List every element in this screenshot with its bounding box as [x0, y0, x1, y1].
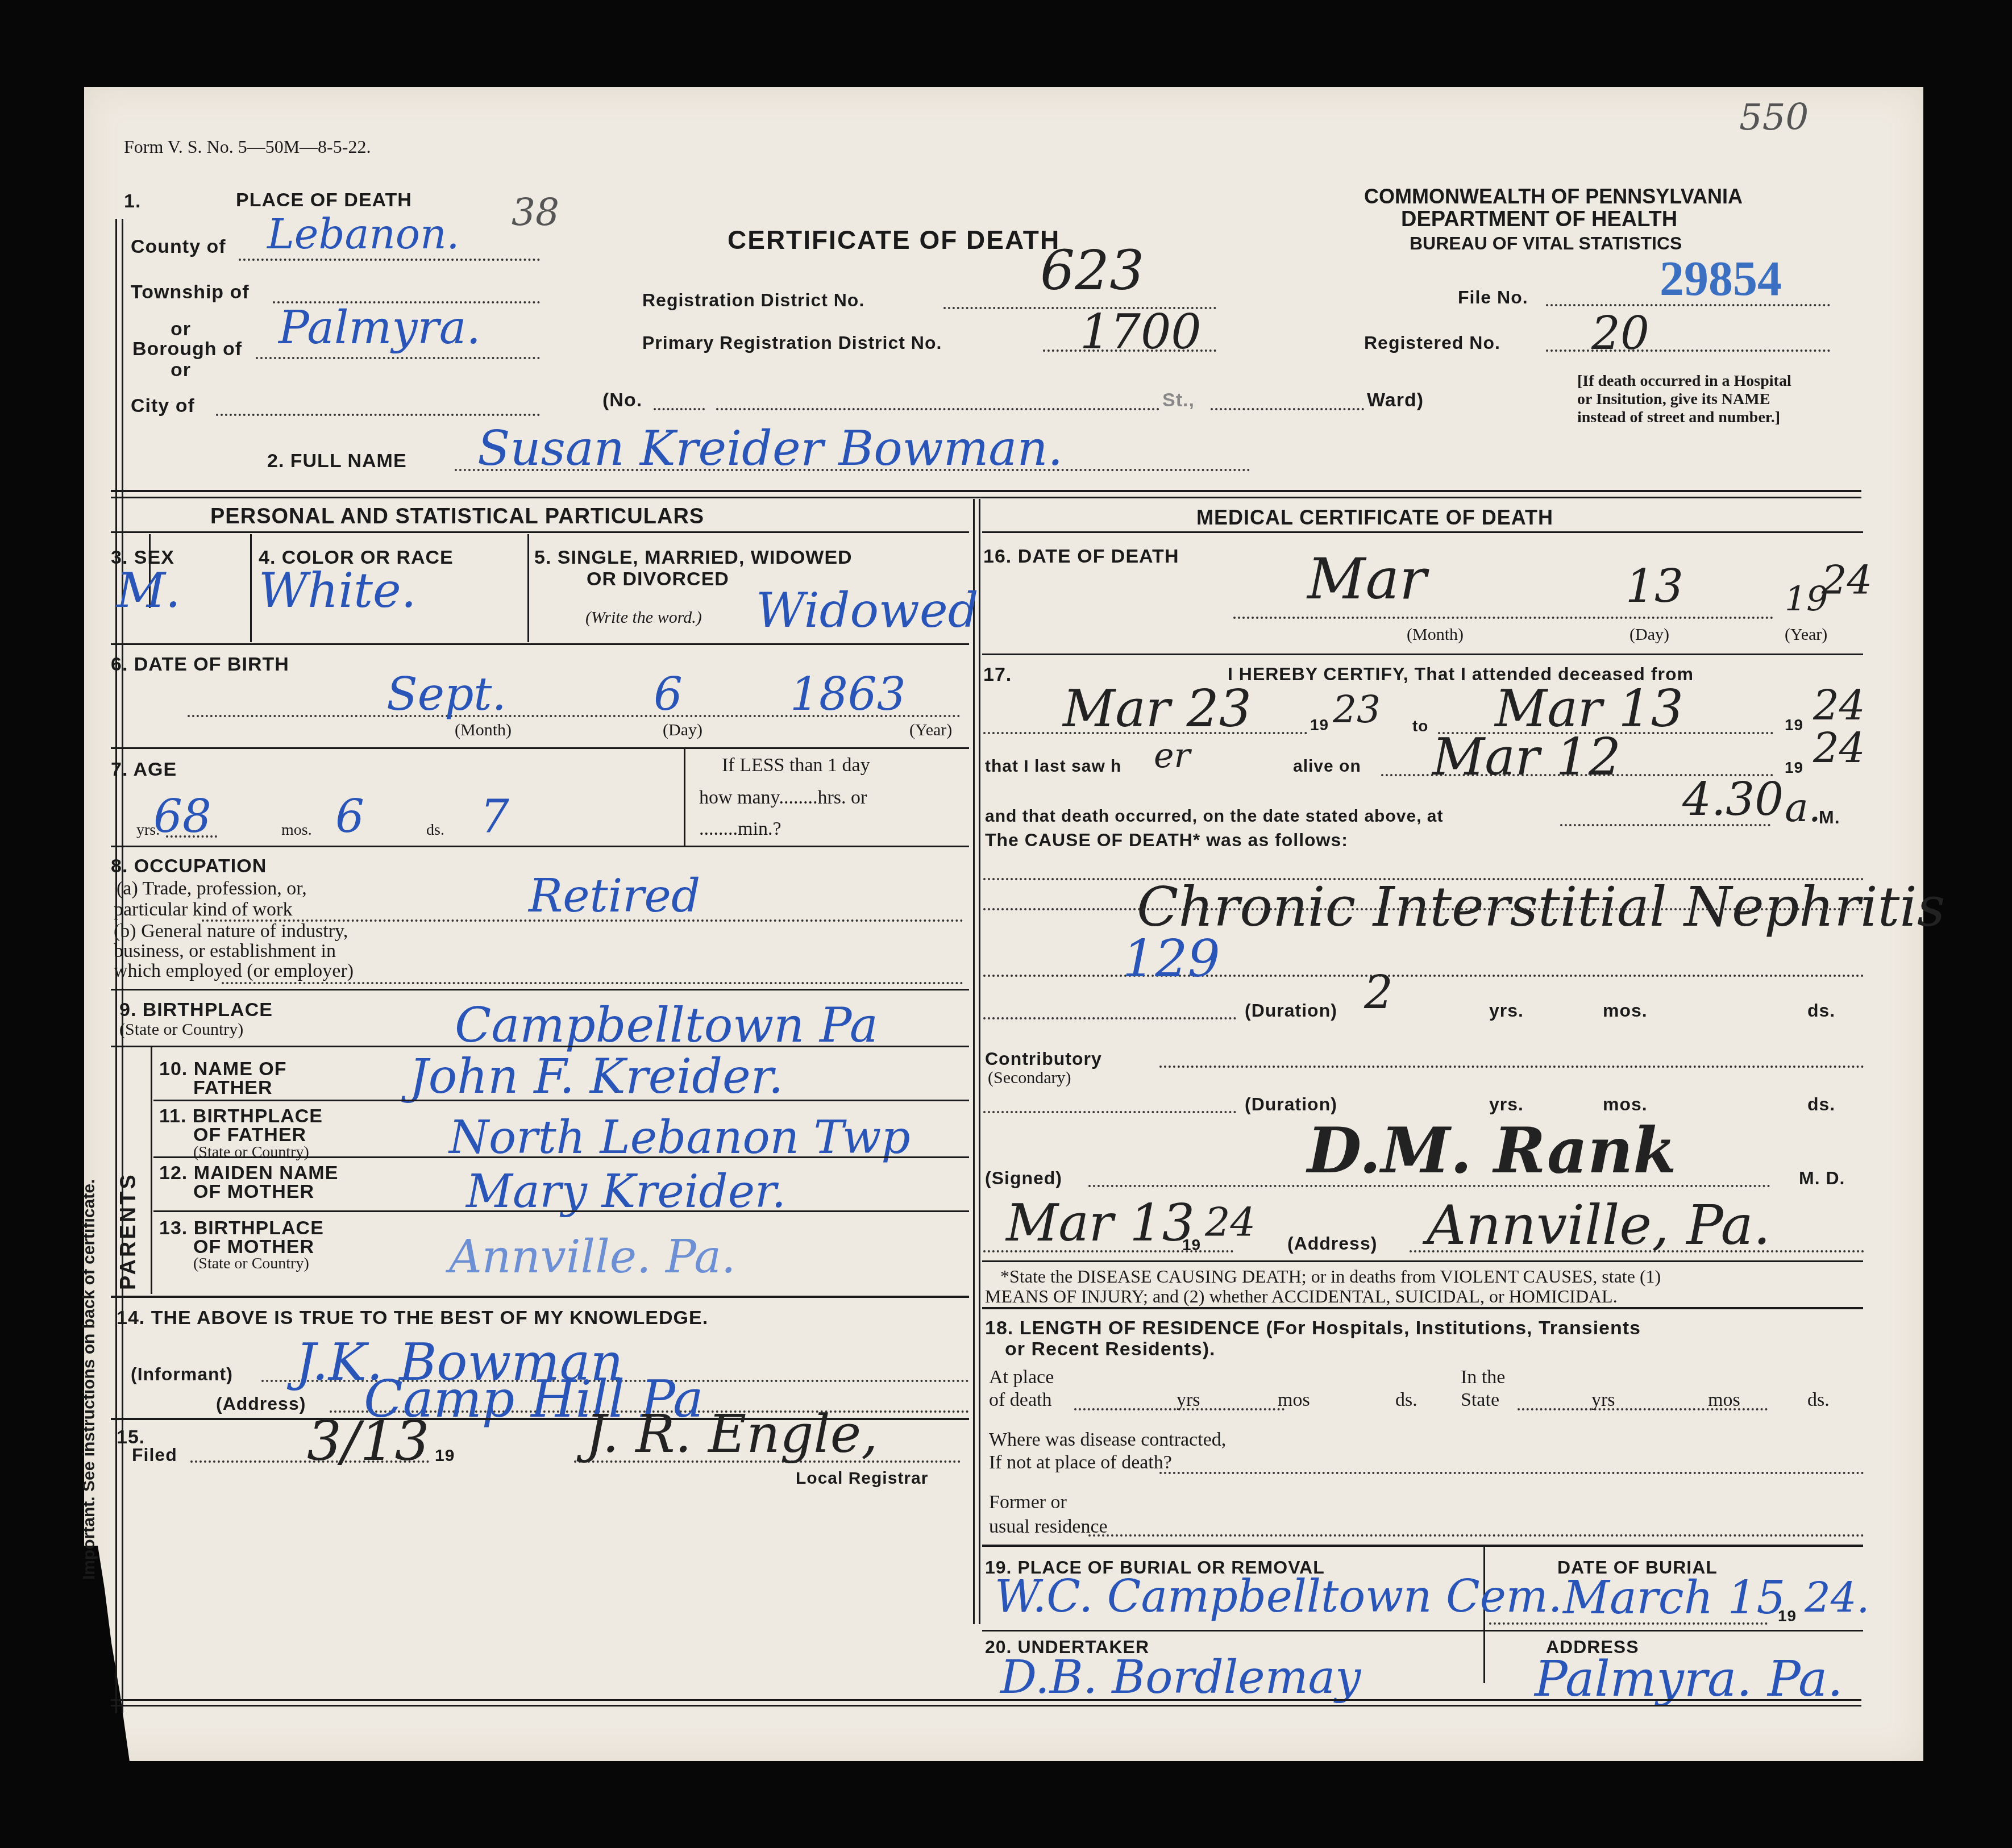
last-saw-prefix: 19 — [1785, 759, 1803, 777]
residence-label-2: or Recent Residents). — [1005, 1338, 1216, 1360]
section-1-number: 1. — [124, 190, 141, 213]
duration-mos-label: mos. — [1603, 1000, 1648, 1021]
undertaker-field[interactable]: D.B. Bordlemay — [1000, 1651, 1361, 1704]
ward-line — [1211, 408, 1364, 410]
informant-address-label: (Address) — [216, 1393, 306, 1414]
burial-year-field[interactable]: 24. — [1805, 1574, 1870, 1622]
contributory-ds-label: ds. — [1807, 1094, 1835, 1115]
md-label: M. D. — [1799, 1168, 1845, 1189]
age-days-field[interactable]: 7 — [480, 790, 509, 843]
township-label: Township of — [131, 281, 250, 303]
registered-no-label: Registered No. — [1364, 332, 1500, 353]
signed-year-prefix: 19 — [1182, 1236, 1201, 1254]
in-state-mos: mos — [1708, 1389, 1740, 1411]
birthplace-sub: (State or Country) — [119, 1020, 243, 1039]
row-rule-7 — [111, 989, 969, 990]
less-than-day-2: how many........hrs. or — [699, 787, 867, 809]
column-divider-b — [979, 499, 980, 1624]
contributory-label: Contributory — [985, 1048, 1102, 1069]
borough-field[interactable]: Palmyra. — [278, 301, 481, 354]
dod-year-field[interactable]: 24 — [1822, 557, 1872, 603]
birthplace-field[interactable]: Campbelltown Pa — [455, 997, 878, 1053]
issuer-line-3: BUREAU OF VITAL STATISTICS — [1410, 233, 1682, 254]
row-rule-11 — [153, 1210, 969, 1212]
dod-day-caption: (Day) — [1629, 625, 1669, 644]
physician-address-field[interactable]: Annville, Pa. — [1427, 1193, 1770, 1257]
street-label: St., — [1162, 389, 1195, 411]
contributory-line — [1159, 1065, 1864, 1068]
column-divider-a — [973, 499, 975, 1624]
or-label-2: or — [171, 359, 191, 381]
dob-month-caption: (Month) — [455, 721, 512, 740]
alive-on-label: alive on — [1293, 757, 1361, 776]
time-suffix: M. — [1819, 807, 1840, 828]
sex-field[interactable]: M. — [117, 563, 181, 618]
time-label: and that death occurred, on the date sta… — [985, 807, 1443, 826]
cause-code: 129 — [1123, 929, 1220, 989]
medical-heading-rule — [982, 531, 1863, 533]
registered-no-field[interactable]: 20 — [1591, 307, 1649, 360]
primary-district-label: Primary Registration District No. — [642, 332, 942, 353]
place-of-death-heading: PLACE OF DEATH — [236, 189, 412, 211]
dod-label: 16. DATE OF DEATH — [983, 546, 1179, 568]
signed-date-field[interactable]: Mar 13 — [1006, 1193, 1195, 1253]
informant-label: (Informant) — [131, 1364, 233, 1385]
issuer-line-2: DEPARTMENT OF HEALTH — [1401, 207, 1677, 232]
parents-label: PARENTS — [117, 1172, 141, 1290]
birthplace-label: 9. BIRTHPLACE — [119, 999, 273, 1021]
county-field[interactable]: Lebanon. — [267, 210, 459, 258]
last-saw-pronoun[interactable]: er — [1154, 736, 1190, 776]
duration-line-start — [983, 1017, 1236, 1019]
primary-district-field[interactable]: 1700 — [1080, 304, 1202, 360]
occupation-a-2: particular kind of work — [114, 899, 292, 921]
row-rule-5 — [111, 846, 969, 847]
contributory-yrs-label: yrs. — [1489, 1094, 1524, 1115]
occupation-b-1: (b) General nature of industry, — [114, 921, 348, 942]
borough-label: Borough of — [132, 338, 242, 360]
at-place-1: At place — [989, 1367, 1054, 1388]
duration-label: (Duration) — [1245, 1000, 1337, 1021]
cause-label: The CAUSE OF DEATH* was as follows: — [985, 830, 1348, 851]
age-less-divider — [684, 749, 685, 846]
header-divider-2 — [111, 497, 1861, 498]
occupation-field[interactable]: Retired — [529, 869, 700, 922]
city-field-line — [216, 414, 540, 416]
attended-from-prefix: 19 — [1310, 716, 1329, 734]
contributory-mos-label: mos. — [1603, 1094, 1648, 1115]
at-place-ds: ds. — [1395, 1389, 1417, 1411]
medical-rule-6 — [982, 1630, 1863, 1631]
occupation-b-3: which employed (or employer) — [114, 960, 354, 982]
less-than-day-1: If LESS than 1 day — [722, 755, 870, 776]
duration-years-field[interactable]: 2 — [1364, 966, 1393, 1019]
margin-instructions: Important. See instructions on back of c… — [80, 1179, 99, 1580]
duration-ds-label: ds. — [1807, 1000, 1835, 1021]
file-no-label: File No. — [1458, 287, 1528, 308]
medical-heading: MEDICAL CERTIFICATE OF DEATH — [1196, 506, 1553, 530]
dob-month-field[interactable]: Sept. — [386, 668, 506, 721]
row-rule-12 — [111, 1296, 969, 1298]
contributory-duration-line — [983, 1111, 1236, 1113]
county-label: County of — [131, 236, 226, 258]
less-than-day-3: ........min.? — [699, 818, 781, 840]
registrar-label: Local Registrar — [796, 1469, 928, 1488]
filed-year-prefix: 19 — [435, 1446, 455, 1466]
registration-district-label: Registration District No. — [642, 290, 864, 311]
signed-year-field[interactable]: 24 — [1205, 1199, 1256, 1246]
header-divider-1 — [111, 490, 1861, 492]
cause-of-death-field[interactable]: Chronic Interstitial Nephritis — [1137, 875, 1945, 939]
full-name-label: 2. FULL NAME — [267, 450, 407, 472]
filed-date-field[interactable]: 3/13 — [307, 1409, 430, 1473]
footnote-2: MEANS OF INJURY; and (2) whether ACCIDEN… — [985, 1286, 1618, 1307]
mother-birthplace-sub: (State or Country) — [193, 1255, 309, 1273]
attest-label: 14. THE ABOVE IS TRUE TO THE BEST OF MY … — [117, 1307, 708, 1329]
medical-rule-5 — [982, 1545, 1863, 1547]
contracted-1: Where was disease contracted, — [989, 1429, 1226, 1451]
former-line — [1088, 1534, 1864, 1537]
parents-divider — [151, 1047, 152, 1294]
last-saw-date-field[interactable]: Mar 12 — [1432, 727, 1621, 787]
in-state-2: State — [1461, 1389, 1499, 1411]
occupation-label: 8. OCCUPATION — [111, 855, 267, 877]
attended-to-year[interactable]: 24 — [1813, 682, 1865, 730]
form-number: Form V. S. No. 5—50M—8-5-22. — [124, 136, 371, 157]
age-months-field[interactable]: 6 — [335, 790, 364, 843]
row-rule-9 — [153, 1100, 969, 1101]
at-place-mos: mos — [1278, 1389, 1310, 1411]
footnote-1: *State the DISEASE CAUSING DEATH; or in … — [1000, 1266, 1661, 1287]
in-state-yrs: yrs — [1591, 1389, 1615, 1411]
to-label: to — [1412, 717, 1428, 735]
certify-number: 17. — [983, 664, 1012, 686]
marital-field[interactable]: Widowed — [756, 582, 978, 638]
street-no-line — [654, 408, 705, 410]
ward-label: Ward) — [1367, 389, 1424, 411]
registered-no-line — [1546, 349, 1830, 352]
row-rule-4 — [111, 747, 969, 749]
marital-label-2: OR DIVORCED — [587, 568, 729, 590]
occupation-b-line — [222, 982, 963, 984]
hospital-note: [If death occurred in a Hospital or Insi… — [1577, 372, 1805, 427]
dod-month-caption: (Month) — [1407, 625, 1464, 644]
duration-yrs-label: yrs. — [1489, 1000, 1524, 1021]
burial-year-prefix: 19 — [1778, 1607, 1797, 1625]
dob-day-caption: (Day) — [663, 721, 702, 740]
county-code: 38 — [512, 190, 559, 234]
archive-number: 550 — [1739, 97, 1809, 139]
time-ampm-field[interactable]: a. — [1785, 784, 1821, 831]
filed-label: Filed — [132, 1445, 177, 1466]
age-label: 7. AGE — [111, 759, 177, 781]
race-marital-line — [527, 534, 529, 642]
marital-hint: (Write the word.) — [585, 608, 702, 627]
contributory-sub: (Secondary) — [988, 1068, 1071, 1088]
cause-line-2 — [983, 908, 1864, 910]
occupation-a-1: (a) Trade, profession, or, — [117, 878, 307, 900]
borough-field-line — [256, 357, 540, 359]
medical-rule-2 — [982, 654, 1863, 655]
physician-address-label: (Address) — [1287, 1233, 1377, 1254]
medical-rule-3 — [982, 1260, 1863, 1262]
father-birthplace-sub: (State or Country) — [193, 1143, 309, 1162]
dod-day-field[interactable]: 13 — [1626, 560, 1683, 613]
father-name-label-2: FATHER — [193, 1077, 272, 1099]
issuer-line-1: COMMONWEALTH OF PENNSYLVANIA — [1364, 185, 1743, 209]
bottom-rule-2 — [111, 1705, 1861, 1707]
street-line — [716, 408, 1159, 410]
occupation-b-2: business, or establishment in — [114, 940, 336, 962]
contracted-2: If not at place of death? — [989, 1452, 1172, 1474]
registrar-signature: J. R. Engle, — [585, 1404, 878, 1464]
burial-date-field[interactable]: March 15 — [1563, 1571, 1785, 1624]
contributory-duration-label: (Duration) — [1245, 1094, 1337, 1115]
at-place-yrs: yrs — [1177, 1389, 1200, 1411]
time-field[interactable]: 4.30 — [1682, 773, 1784, 826]
attended-from-field[interactable]: Mar 23 — [1063, 679, 1252, 739]
in-state-1: In the — [1461, 1367, 1505, 1388]
cause-line-3 — [983, 975, 1864, 977]
former-1: Former or — [989, 1492, 1067, 1513]
race-field[interactable]: White. — [259, 563, 416, 618]
street-no-label: (No. — [602, 389, 642, 411]
row-rule-3 — [111, 643, 969, 645]
county-field-line — [239, 259, 540, 261]
certificate-title: CERTIFICATE OF DEATH — [728, 224, 1060, 255]
burial-place-field[interactable]: W.C. Campbelltown Cem. — [995, 1571, 1562, 1622]
city-label: City of — [131, 395, 195, 417]
dob-day-field[interactable]: 6 — [654, 668, 683, 721]
mother-birthplace-field[interactable]: Annville. Pa. — [449, 1230, 735, 1283]
dod-line — [1233, 617, 1773, 619]
bottom-rule-1 — [111, 1699, 1861, 1701]
signed-label: (Signed) — [985, 1168, 1062, 1189]
father-name-field[interactable]: John F. Kreider. — [409, 1048, 783, 1104]
in-state-ds: ds. — [1807, 1389, 1830, 1411]
dob-year-field[interactable]: 1863 — [790, 668, 906, 721]
row-rule-10 — [153, 1156, 969, 1158]
medical-rule-4 — [982, 1307, 1863, 1309]
dod-month-field[interactable]: Mar — [1307, 546, 1427, 612]
attended-from-year[interactable]: 23 — [1333, 688, 1381, 731]
registration-district-field[interactable]: 623 — [1040, 239, 1144, 302]
residence-label-1: 18. LENGTH OF RESIDENCE (For Hospitals, … — [985, 1317, 1641, 1339]
last-saw-label: that I last saw h — [985, 757, 1121, 776]
dob-label: 6. DATE OF BIRTH — [111, 654, 289, 676]
attended-to-prefix: 19 — [1785, 716, 1803, 734]
age-mos-label: mos. — [281, 821, 312, 839]
physician-signature: D.M. Rank — [1307, 1114, 1677, 1187]
dob-year-caption: (Year) — [909, 721, 952, 740]
sex-race-line — [250, 534, 252, 642]
dod-year-caption: (Year) — [1785, 625, 1827, 644]
row-rule-8 — [111, 1046, 969, 1047]
age-years-field[interactable]: 68 — [153, 790, 211, 843]
personal-heading-rule — [111, 531, 969, 533]
contracted-line — [1159, 1472, 1864, 1474]
at-place-2: of death — [989, 1389, 1051, 1411]
file-no-stamp[interactable]: 29854 — [1660, 250, 1782, 307]
marital-label-1: 5. SINGLE, MARRIED, WIDOWED — [534, 547, 853, 569]
or-label-1: or — [171, 318, 191, 340]
age-ds-label: ds. — [426, 821, 444, 839]
personal-heading: PERSONAL AND STATISTICAL PARTICULARS — [210, 505, 704, 529]
full-name-field[interactable]: Susan Kreider Bowman. — [477, 421, 1063, 476]
mother-name-label-2: OF MOTHER — [193, 1181, 314, 1203]
last-saw-year[interactable]: 24 — [1813, 725, 1865, 772]
